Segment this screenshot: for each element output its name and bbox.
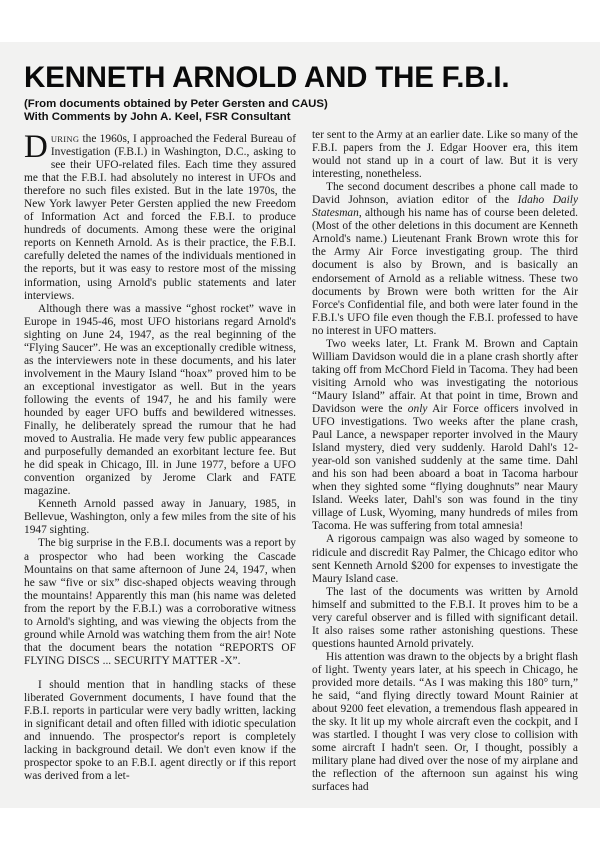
paragraph-text: , although his name has of course been d… [312, 207, 578, 336]
paragraph: Two weeks later, Lt. Frank M. Brown and … [312, 338, 578, 534]
drop-cap: D [24, 134, 48, 160]
paragraph: A rigorous campaign was also waged by so… [312, 533, 578, 585]
right-column: ter sent to the Army at an earlier date.… [312, 129, 578, 794]
article-page: KENNETH ARNOLD AND THE F.B.I. (From docu… [0, 42, 600, 808]
paragraph: The second document describes a phone ca… [312, 181, 578, 338]
article-subtitle-byline: With Comments by John A. Keel, FSR Consu… [24, 110, 291, 124]
paragraph-text: the 1960s, I approached the Federal Bure… [24, 133, 296, 302]
paragraph: The last of the documents was written by… [312, 586, 578, 651]
paragraph: Kenneth Arnold passed away in January, 1… [24, 498, 296, 537]
paragraph: The big surprise in the F.B.I. documents… [24, 537, 296, 667]
paragraph: I should mention that in handling stacks… [24, 679, 296, 783]
paragraph: Although there was a massive “ghost rock… [24, 303, 296, 499]
paragraph: ter sent to the Army at an earlier date.… [312, 129, 578, 181]
article-title: KENNETH ARNOLD AND THE F.B.I. [24, 62, 509, 94]
left-column: DURING the 1960s, I approached the Feder… [24, 133, 296, 783]
article-subtitle-source: (From documents obtained by Peter Gerste… [24, 97, 328, 111]
paragraph-text: Air Force officers involved in UFO inves… [312, 403, 578, 532]
paragraph: His attention was drawn to the objects b… [312, 651, 578, 795]
paragraph-intro: DURING the 1960s, I approached the Feder… [24, 133, 296, 303]
lead-smallcaps: URING [51, 134, 79, 144]
emphasis: only [408, 403, 428, 415]
